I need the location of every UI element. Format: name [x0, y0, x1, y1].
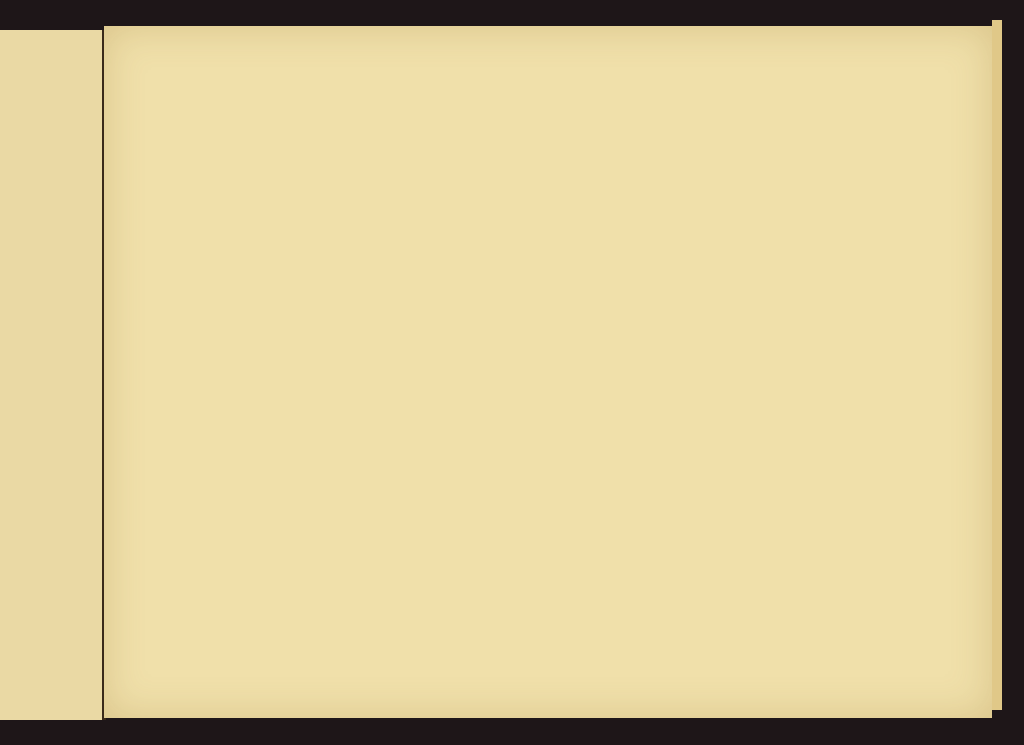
right-page — [104, 26, 992, 718]
page-edge — [992, 20, 1002, 710]
left-page — [0, 30, 106, 720]
